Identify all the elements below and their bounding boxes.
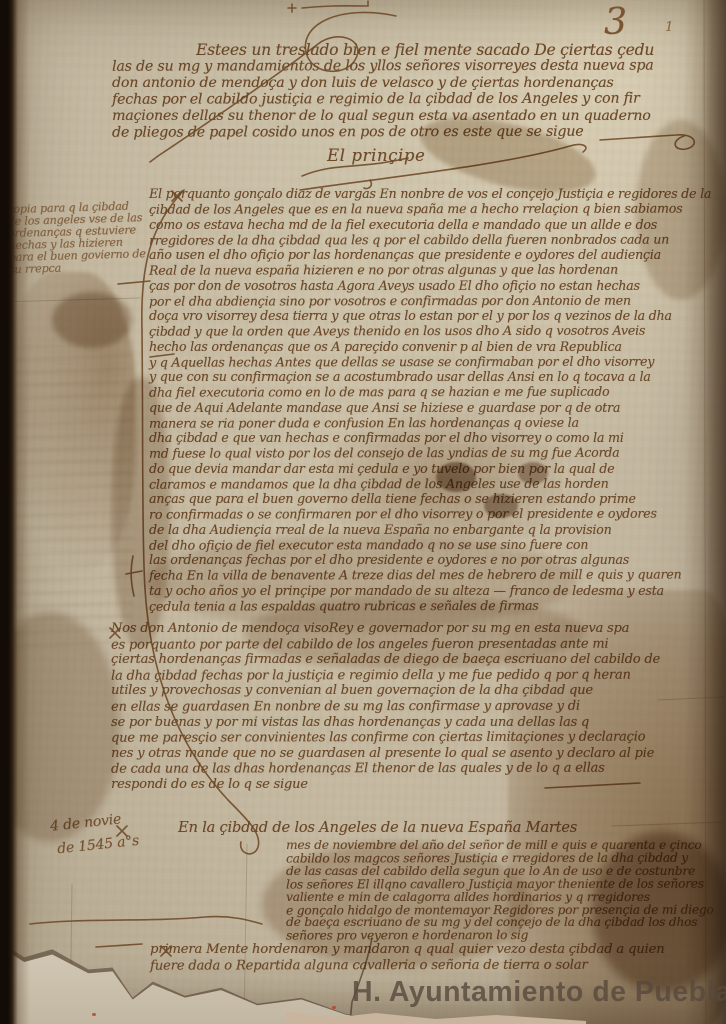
paragraph-x-mark-3 (117, 826, 127, 836)
line-dash-mark-2 (96, 944, 142, 947)
fold-line-bottomleft-2 (244, 844, 247, 1024)
preamble-end-flourish (600, 135, 694, 149)
book-gutter-binding (0, 0, 30, 1024)
crease-wavy-line (30, 917, 262, 924)
ink-flourishes-layer (0, 0, 726, 1024)
red-seal-speck-2 (92, 1013, 96, 1016)
page-right-edge (702, 0, 726, 1024)
paragraph-x-mark-4 (161, 946, 171, 956)
paragraph-x-mark-2 (110, 628, 120, 638)
initial-letter-swash (150, 12, 396, 162)
manuscript-scan: 3 1 Estees un treslado bien e fiel mente… (0, 0, 726, 1024)
line-arrow-mark (150, 354, 174, 357)
margin-bracket-curve (142, 190, 259, 854)
heading-underline-flourish (302, 158, 408, 189)
invocation-cross-mark (288, 1, 368, 12)
red-seal-speck-1 (332, 1006, 336, 1009)
paragraph-x-mark-1 (172, 191, 182, 201)
fiel-mark (126, 556, 142, 596)
line-dash-mark-1 (118, 281, 150, 284)
archive-watermark-stamp: H. Ayuntamiento de Puebla (352, 976, 726, 1009)
auto-end-rule (545, 783, 640, 788)
